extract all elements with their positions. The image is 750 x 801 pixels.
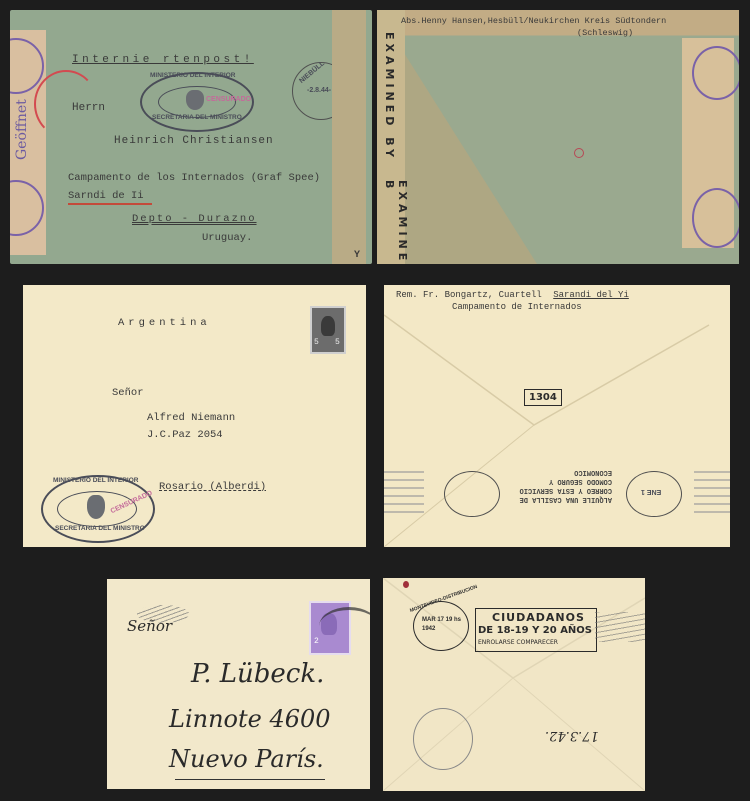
street-address: Linnote 4600 (169, 705, 331, 733)
edge-letter: Y (354, 250, 360, 261)
stamp-portrait-icon (321, 316, 335, 336)
montevideo-distribucion-postmark: MONTEVIDEO-DISTRIBUCION MAR 17 19 hs 194… (413, 601, 469, 651)
sender-address: Abs.Henny Hansen,Hesbüll/Neukirchen Krei… (401, 16, 666, 26)
cover-4-back-bongartz: Rem. Fr. Bongartz, Cuartell Sarandi del … (384, 285, 730, 547)
uruguay-coat-of-arms-icon (186, 90, 204, 110)
destination-country: Argentina (118, 317, 211, 329)
address-line-1: Campamento de los Internados (Graf Spee) (68, 172, 320, 184)
city: Nuevo París. (169, 745, 324, 773)
censor-stamp-icon (692, 188, 739, 248)
date-cancel-postmark: ENE 1 (626, 471, 682, 517)
wavy-cancel-lines (595, 612, 645, 642)
slogan-cancel: ALQUILE UNA CASILLA DE CORREO Y ESTA SER… (512, 467, 612, 503)
examined-by-censor-tape: EXAMINED BY EXAMINED B (377, 10, 405, 264)
sender-line: Rem. Fr. Bongartz, Cuartell (396, 290, 542, 300)
cachet-top-text: MINISTERIO DEL INTERIOR (150, 72, 235, 79)
ministerio-interior-oval-cachet: CENSURADO MINISTERIO DEL INTERIOR SECRET… (41, 475, 155, 543)
cover-2-back-graf-spee: EXAMINED BY EXAMINED B Abs.Henny Hansen,… (377, 10, 739, 264)
salutation: Señor (127, 617, 172, 635)
stamp-value-left: 5 (314, 338, 319, 347)
slogan-line-1: CIUDADANOS (492, 611, 585, 624)
country: Uruguay. (202, 232, 252, 244)
recipient-name: Heinrich Christiansen (114, 135, 274, 147)
date-cancel-postmark (444, 471, 500, 517)
red-wax-seal-icon (574, 148, 584, 158)
sender-address: Rem. Fr. Bongartz, Cuartell Sarandi del … (396, 290, 629, 300)
censor-tape-fold (332, 10, 366, 264)
address-line-2: Sarndi de Ii (68, 190, 144, 202)
uruguay-coat-of-arms-icon (87, 495, 105, 519)
red-pencil-underline (68, 203, 152, 205)
cancel-date: ENE 1 (641, 488, 661, 495)
slogan-cancel-fragment (694, 471, 730, 515)
recipient-name: Alfred Niemann (147, 412, 235, 424)
cachet-top-text: MINISTERIO DEL INTERIOR (53, 477, 138, 484)
red-wax-dot-icon (403, 581, 409, 588)
cover-6-back-montevideo: MONTEVIDEO-DISTRIBUCION MAR 17 19 hs 194… (383, 578, 645, 791)
censor-tape-text: Geöffnet (14, 99, 30, 160)
examined-by-text: EXAMINED BY (383, 32, 396, 161)
censor-tape-right (682, 38, 734, 248)
wavy-cancel-lines (319, 607, 370, 646)
censor-tape-german: Geöffnet (10, 30, 46, 255)
handwritten-underline (175, 779, 325, 780)
salutation: Señor (112, 387, 144, 399)
slogan-line-2: DE 18-19 Y 20 AÑOS (478, 625, 592, 636)
cover-5-front-lubeck: Señor 2 P. Lübeck. Linnote 4600 Nuevo Pa… (107, 579, 370, 789)
sender-place: Sarandi del Yi (553, 290, 629, 300)
slogan-cancel-fragment (384, 471, 424, 515)
postmark-town: NIEBÜLL (298, 60, 326, 85)
sender-region: (Schleswig) (577, 28, 633, 38)
ministerio-interior-oval-cachet: CENSURADO MINISTERIO DEL INTERIOR SECRET… (140, 72, 254, 132)
slogan-line-3: ENROLARSE COMPARECER (478, 639, 558, 646)
cachet-bottom-text: SECRETARIA DEL MINISTRO (152, 114, 242, 121)
cover-1-front-graf-spee: Geöffnet Internie rtenpost! CENSURADO MI… (10, 10, 372, 264)
street-address: J.C.Paz 2054 (147, 429, 223, 441)
internee-post-heading: Internie rtenpost! (72, 54, 254, 66)
eagle-swastika-censor-stamp-icon (10, 180, 44, 236)
city: Rosario (Alberdi) (159, 481, 266, 493)
sender-line-2: Campamento de Internados (452, 302, 582, 312)
registration-box-mark: 1304 (524, 389, 562, 406)
envelope-flap-lines (384, 285, 730, 547)
stamp-value-right: 5 (335, 338, 340, 347)
ciudadanos-slogan-cancel: CIUDADANOS DE 18-19 Y 20 AÑOS ENROLARSE … (475, 608, 597, 652)
postage-stamp-5c: 5 5 (310, 306, 346, 354)
recipient-name: P. Lübeck. (191, 659, 324, 689)
censurado-overprint: CENSURADO (206, 96, 251, 103)
postmark-date: MAR 17 19 hs 1942 (422, 616, 462, 634)
handwritten-date: 17.3.42. (545, 728, 599, 743)
cover-3-front-argentina: Argentina 5 5 Señor Alfred Niemann J.C.P… (23, 285, 366, 547)
salutation: Herrn (72, 102, 105, 114)
postmark-date: -2.8.44- (307, 87, 331, 94)
address-line-3: Depto - Durazno (132, 213, 257, 225)
censor-stamp-icon (692, 46, 739, 100)
examined-by-text-2: EXAMINED B (383, 180, 409, 264)
cachet-bottom-text: SECRETARIA DEL MINISTRO (55, 525, 145, 532)
arrival-postmark (413, 708, 473, 770)
